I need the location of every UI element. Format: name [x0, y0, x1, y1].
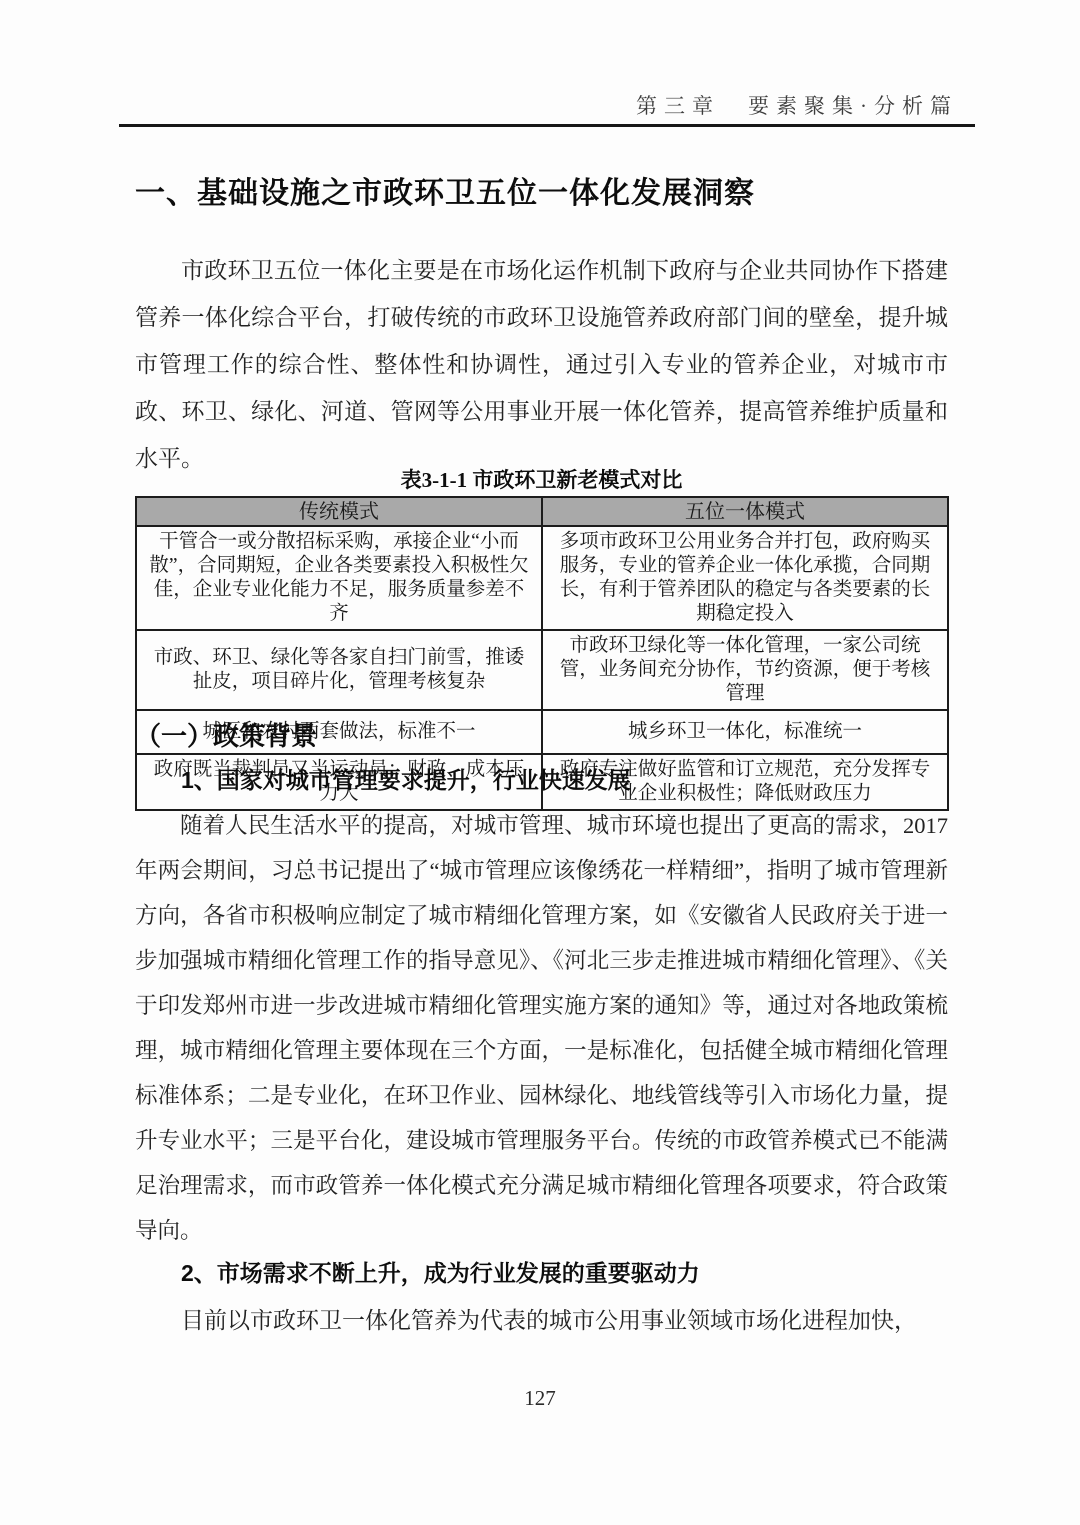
table-cell: 市政、环卫、绿化等各家自扫门前雪，推诿扯皮，项目碎片化，管理考核复杂 — [136, 630, 542, 710]
page-title: 一、基础设施之市政环卫五位一体化发展洞察 — [135, 168, 948, 212]
running-header-chapter: 第三章 要素聚集·分析篇 — [636, 90, 958, 120]
table-row: 市政、环卫、绿化等各家自扫门前雪，推诿扯皮，项目碎片化，管理考核复杂 市政环卫绿… — [136, 630, 948, 710]
header-divider-rule — [119, 124, 975, 127]
subsection-heading-1: 1、国家对城市管理要求提升，行业快速发展 — [135, 762, 948, 795]
table-cell: 多项市政环卫公用业务合并打包，政府购买服务，专业的管养企业一体化承揽，合同期长，… — [542, 526, 948, 630]
subsection-heading-2: 2、市场需求不断上升，成为行业发展的重要驱动力 — [135, 1255, 948, 1288]
section-heading-policy-background: （一）政策背景 — [135, 716, 948, 753]
table-header-traditional: 传统模式 — [136, 497, 542, 526]
table-header-integrated: 五位一体模式 — [542, 497, 948, 526]
table-cell: 干管合一或分散招标采购，承接企业“小而散”，合同期短，企业各类要素投入积极性欠佳… — [136, 526, 542, 630]
page-number: 127 — [0, 1386, 1080, 1411]
table-caption: 表3-1-1 市政环卫新老模式对比 — [135, 464, 948, 494]
policy-background-paragraph: 随着人民生活水平的提高，对城市管理、城市环境也提出了更高的需求，2017 年两会… — [135, 803, 948, 1253]
table-row: 干管合一或分散招标采购，承接企业“小而散”，合同期短，企业各类要素投入积极性欠佳… — [136, 526, 948, 630]
market-demand-paragraph: 目前以市政环卫一体化管养为代表的城市公用事业领域市场化进程加快， — [135, 1297, 948, 1344]
table-cell: 市政环卫绿化等一体化管理，一家公司统管，业务间充分协作，节约资源，便于考核管理 — [542, 630, 948, 710]
table-header-row: 传统模式 五位一体模式 — [136, 497, 948, 526]
intro-paragraph: 市政环卫五位一体化主要是在市场化运作机制下政府与企业共同协作下搭建管养一体化综合… — [135, 247, 948, 482]
document-page: 第三章 要素聚集·分析篇 一、基础设施之市政环卫五位一体化发展洞察 市政环卫五位… — [0, 0, 1080, 1525]
